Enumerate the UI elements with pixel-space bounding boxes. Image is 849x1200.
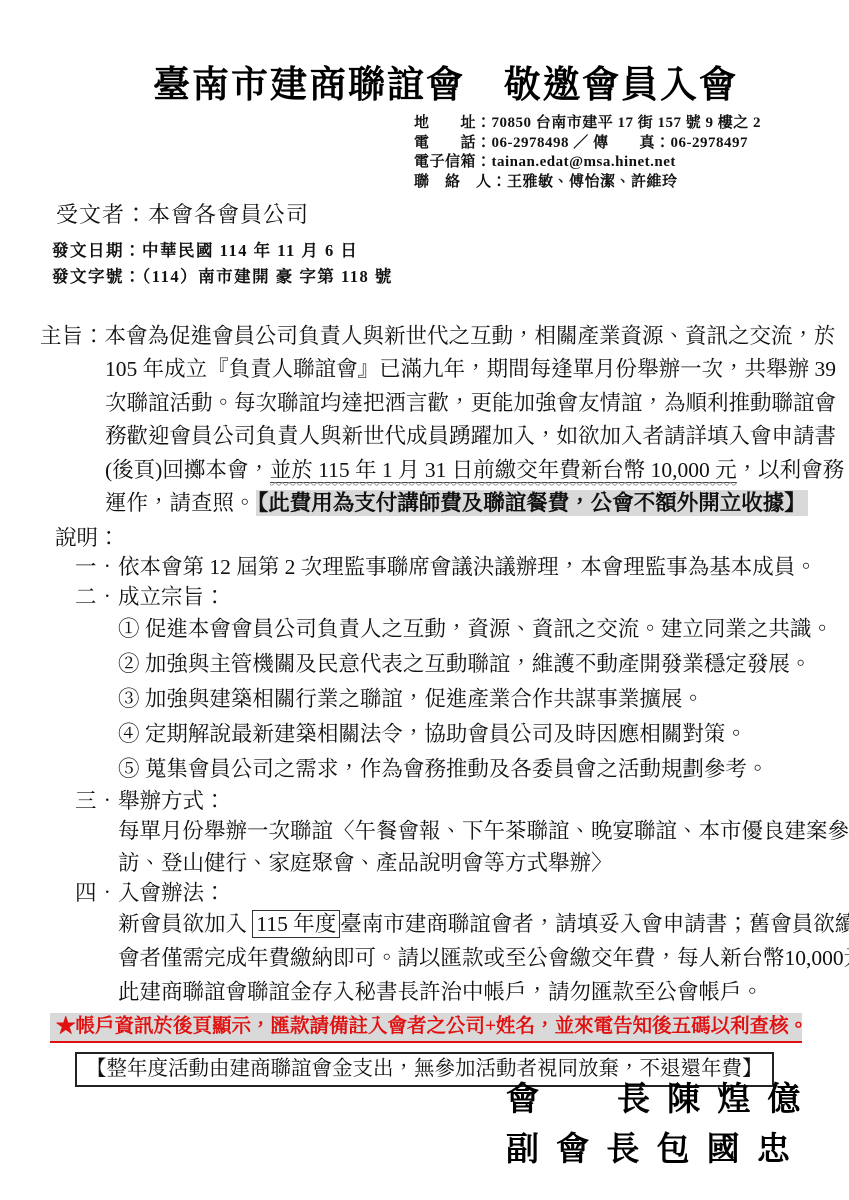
- membership-body: 新會員欲加入 115 年度臺南市建商聯誼會者，請填妥入會申請書；舊會員欲續 會者…: [40, 907, 835, 1009]
- purpose-item-5: ⑤ 蒐集會員公司之需求，作為會務推動及各委員會之活動規劃參考。: [118, 752, 835, 787]
- year-box: 115 年度: [252, 910, 340, 938]
- phone-label: 電 話：: [414, 135, 492, 151]
- purpose-item-3: ③ 加強與建築相關行業之聯誼，促進產業合作共謀事業擴展。: [118, 682, 835, 717]
- explanation-heading: 說明：: [55, 524, 835, 552]
- contact-persons-label: 聯 絡 人：: [414, 174, 507, 190]
- subject-line: (後頁)回擲本會，並於 115 年 1 月 31 日前繳交年費新台幣 10,00…: [40, 454, 835, 487]
- explanation-section: 說明： 一‧依本會第 12 屆第 2 次理監事聯席會議決議辦理，本會理監事為基本…: [40, 524, 835, 1087]
- purpose-list: ① 促進本會會員公司負責人之互動，資源、資訊之交流。建立同業之共識。 ② 加強與…: [40, 612, 835, 787]
- contact-persons-value: 王雅敏、傅怡潔、許維玲: [507, 174, 678, 190]
- membership-body-line: 新會員欲加入 115 年度臺南市建商聯誼會者，請填妥入會申請書；舊會員欲續: [118, 907, 835, 941]
- subject-line: 務歡迎會員公司負責人與新世代成員踴躍加入，如欲加入者請詳填入會申請書: [40, 420, 835, 453]
- contact-row-address: 地 址：70850 台南市建平 17 街 157 號 9 樓之 2: [414, 114, 761, 134]
- membership-body-line: 會者僅需完成年費繳納即可。請以匯款或至公會繳交年費，每人新台幣10,000元，: [118, 941, 835, 975]
- subject-line: 運作，請查照。【此費用為支付講師費及聯誼餐費，公會不額外開立收據】: [40, 487, 835, 520]
- subject-text: (後頁)回擲本會，: [105, 458, 270, 482]
- purpose-item-1: ① 促進本會會員公司負責人之互動，資源、資訊之交流。建立同業之共識。: [118, 612, 835, 647]
- doc-number-line: 發文字號：（114）南市建開 豪 字第 118 號: [52, 264, 393, 290]
- president-line: 會 長 陳 煌 億: [506, 1074, 805, 1124]
- payment-deadline-underline: 並於 115 年 1 月 31 日前繳交年費新台幣 10,000 元: [270, 458, 737, 483]
- membership-text: 臺南市建商聯誼會者，請填妥入會申請書；舊會員欲續: [340, 912, 849, 936]
- method-body: 每單月份舉辦一次聯誼〈午餐會報、下午茶聯誼、晚宴聯誼、本市優良建案參 訪、登山健…: [40, 815, 835, 879]
- email-label: 電子信箱：: [414, 154, 492, 170]
- association-contact-block: 地 址：70850 台南市建平 17 街 157 號 9 樓之 2 電 話：06…: [414, 114, 761, 192]
- signature-block: 會 長 陳 煌 億 副 會 長 包 國 忠: [506, 1074, 805, 1174]
- subject-text: 運作，請查照。: [105, 491, 256, 515]
- address-label: 地 址：: [414, 115, 492, 131]
- address-value: 70850 台南市建平 17 街 157 號 9 樓之 2: [492, 115, 762, 131]
- subject-line: 105 年成立『負責人聯誼會』已滿九年，期間每逢單月份舉辦一次，共舉辦 39: [40, 353, 835, 386]
- contact-row-persons: 聯 絡 人：王雅敏、傅怡潔、許維玲: [414, 173, 761, 193]
- document-page: 臺南市建商聯誼會 敬邀會員入會 地 址：70850 台南市建平 17 街 157…: [0, 0, 849, 1200]
- explanation-item-2-heading: 二‧成立宗旨：: [75, 582, 835, 612]
- email-value: tainan.edat@msa.hinet.net: [492, 154, 676, 170]
- subject-line: 主旨：本會為促進會員公司負責人與新世代之互動，相關產業資源、資訊之交流，於: [40, 320, 835, 353]
- phone-fax-value: 06-2978498 ／ 傳 真：06-2978497: [492, 135, 749, 151]
- subject-line: 次聯誼活動。每次聯誼均達把酒言歡，更能加強會友情誼，為順利推動聯誼會: [40, 387, 835, 420]
- doc-date-line: 發文日期：中華民國 114 年 11 月 6 日: [52, 238, 393, 264]
- account-notice-highlight: ★帳戶資訊於後頁顯示，匯款請備註入會者之公司+姓名，並來電告知後五碼以利查核。: [50, 1013, 802, 1043]
- subject-label: 主旨：: [40, 324, 105, 348]
- recipient-label: 受文者：: [56, 202, 148, 227]
- explanation-item-3-heading: 三‧舉辦方式：: [75, 787, 835, 815]
- subject-section: 主旨：本會為促進會員公司負責人與新世代之互動，相關產業資源、資訊之交流，於 10…: [40, 320, 835, 520]
- membership-text: 新會員欲加入: [118, 912, 252, 936]
- membership-body-line: 此建商聯誼會聯誼金存入秘書長許治中帳戶，請勿匯款至公會帳戶。: [118, 975, 835, 1009]
- purpose-item-4: ④ 定期解說最新建築相關法令，協助會員公司及時因應相關對策。: [118, 717, 835, 752]
- doc-number-value: （114）南市建開 豪 字第 118 號: [142, 267, 393, 286]
- vice-president-line: 副 會 長 包 國 忠: [506, 1124, 805, 1174]
- method-body-line: 每單月份舉辦一次聯誼〈午餐會報、下午茶聯誼、晚宴聯誼、本市優良建案參: [118, 815, 835, 847]
- contact-row-phone-fax: 電 話：06-2978498 ／ 傳 真：06-2978497: [414, 134, 761, 154]
- explanation-item-1: 一‧依本會第 12 屆第 2 次理監事聯席會議決議辦理，本會理監事為基本成員。: [75, 552, 835, 582]
- subject-text: ，以利會務: [737, 458, 845, 482]
- recipient-line: 受文者：本會各會員公司: [56, 198, 309, 229]
- contact-row-email: 電子信箱：tainan.edat@msa.hinet.net: [414, 153, 761, 173]
- doc-date-label: 發文日期：: [52, 241, 142, 260]
- purpose-item-2: ② 加強與主管機關及民意代表之互動聯誼，維護不動產開發業穩定發展。: [118, 647, 835, 682]
- document-title: 臺南市建商聯誼會 敬邀會員入會: [0, 54, 849, 108]
- doc-number-label: 發文字號：: [52, 267, 142, 286]
- recipient-value: 本會各會員公司: [148, 202, 309, 227]
- doc-date-value: 中華民國 114 年 11 月 6 日: [142, 241, 358, 260]
- explanation-item-4-heading: 四‧入會辦法：: [75, 879, 835, 907]
- doc-meta-block: 發文日期：中華民國 114 年 11 月 6 日 發文字號：（114）南市建開 …: [52, 238, 393, 290]
- subject-text: 本會為促進會員公司負責人與新世代之互動，相關產業資源、資訊之交流，於: [105, 324, 836, 348]
- fee-note-highlight: 【此費用為支付講師費及聯誼餐費，公會不額外開立收據】: [256, 490, 808, 516]
- method-body-line: 訪、登山健行、家庭聚會、產品說明會等方式舉辦〉: [118, 847, 835, 879]
